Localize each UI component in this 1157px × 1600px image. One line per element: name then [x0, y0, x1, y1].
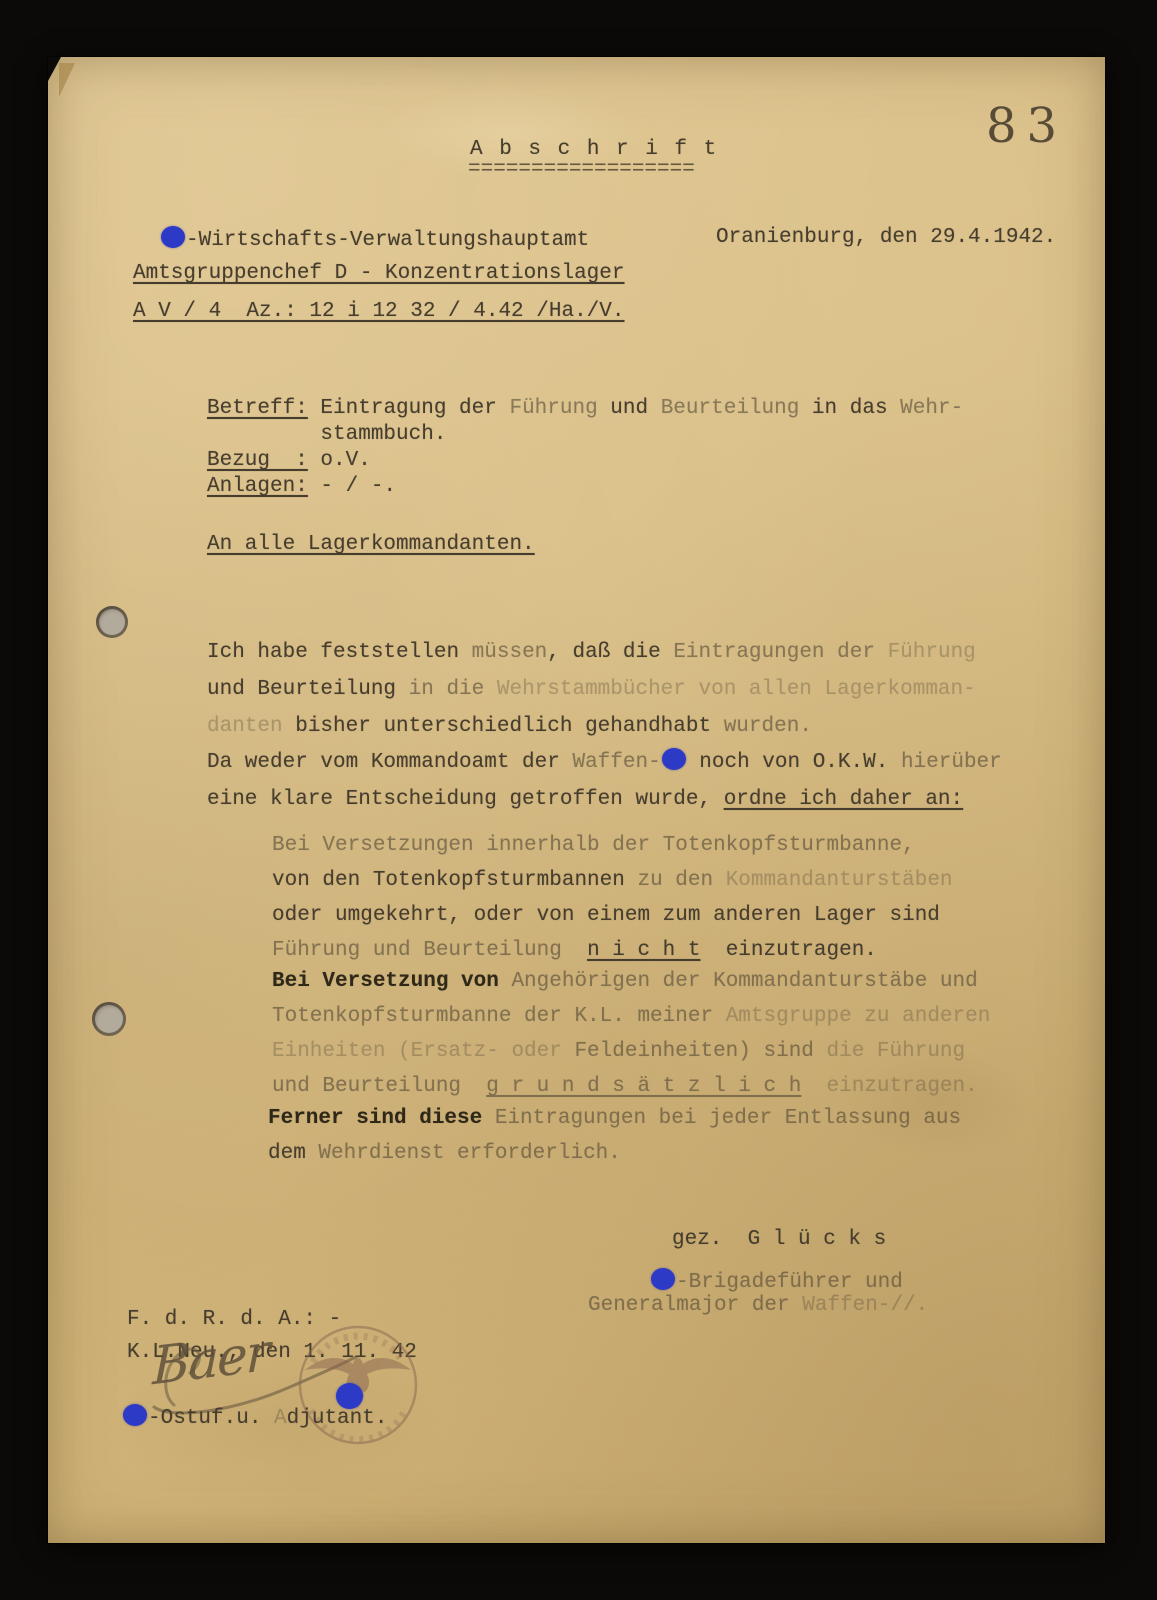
- signature-gez-line: gez. G l ü c k s: [672, 1228, 886, 1251]
- order-item-1: Bei Versetzungen innerhalb der Totenkopf…: [272, 828, 953, 968]
- text-segment: Bezug :: [207, 449, 308, 472]
- text-segment: Da weder vom Kommandoamt der: [207, 751, 572, 774]
- text-segment: erforderlich.: [457, 1142, 621, 1165]
- paper-corner-fold: [59, 63, 75, 97]
- text-segment: und Beurteilung: [272, 1075, 486, 1098]
- text-line: Führung und Beurteilung n i c h t einzut…: [272, 933, 953, 968]
- text-segment: noch von O.K.W.: [687, 751, 901, 774]
- text-segment: Führung und Beurteilung: [272, 939, 587, 962]
- text-segment: -Ostuf.u.: [148, 1407, 274, 1430]
- text-segment: von den Totenkopfsturmbannen: [272, 869, 637, 892]
- text-segment: einzutragen.: [801, 1075, 977, 1098]
- text-segment: Wehrstammbücher von allen Lagerkomman-: [497, 678, 976, 701]
- text-line: Generalmajor der Waffen-//.: [588, 1294, 928, 1317]
- text-line: dem Wehrdienst erforderlich.: [268, 1136, 961, 1171]
- text-line: oder umgekehrt, oder von einem zum ander…: [272, 898, 953, 933]
- letterhead-dept: Amtsgruppenchef D - Konzentrationslager: [133, 262, 624, 285]
- text-segment: Amtsgruppe zu anderen: [726, 1005, 991, 1028]
- text-segment: bisher unterschiedlich gehandhabt: [283, 715, 724, 738]
- text-segment: Bei Versetzungen innerhalb der: [272, 834, 663, 857]
- text-line: Bezug : o.V.: [207, 448, 963, 474]
- text-line: und Beurteilung in die Wehrstammbücher v…: [207, 671, 976, 708]
- redaction-dot: [123, 1404, 147, 1426]
- text-segment: djutant.: [287, 1407, 388, 1430]
- text-segment: danten: [207, 715, 283, 738]
- text-segment: die Führung: [827, 1040, 966, 1063]
- letterhead-ref: A V / 4 Az.: 12 i 12 32 / 4.42 /Ha./V.: [133, 300, 624, 323]
- text-segment: Totenkopfsturmbanne,: [663, 834, 915, 857]
- text-segment: Führung: [509, 397, 597, 420]
- text-segment: hierüber: [901, 751, 1002, 774]
- text-segment: in das: [799, 397, 900, 420]
- text-segment: Generalmajor der: [588, 1294, 802, 1317]
- text-segment: A: [274, 1407, 287, 1430]
- text-line: Ferner sind diese Eintragungen bei jeder…: [268, 1101, 961, 1136]
- text-segment: wurden.: [724, 715, 812, 738]
- text-segment: Eintragung der: [308, 397, 510, 420]
- text-line: Einheiten (Ersatz- oder Feldeinheiten) s…: [272, 1034, 990, 1069]
- text-segment: zu den: [637, 869, 725, 892]
- text-line: Anlagen: - / -.: [207, 474, 963, 500]
- text-segment: ordne ich daher an:: [724, 788, 963, 811]
- text-line: Bei Versetzungen innerhalb der Totenkopf…: [272, 828, 953, 863]
- text-segment: müssen: [472, 641, 548, 664]
- text-segment: Betreff:: [207, 397, 308, 420]
- text-segment: Totenkopfsturmbanne der K.L. meiner: [272, 1005, 726, 1028]
- text-segment: Eintragungen: [673, 641, 824, 664]
- text-segment: o.V.: [308, 449, 371, 472]
- text-line: eine klare Entscheidung getroffen wurde,…: [207, 781, 1002, 818]
- text-segment: Ich habe feststellen: [207, 641, 472, 664]
- text-segment: Einheiten (Ersatz- oder: [272, 1040, 574, 1063]
- text-segment: Beurteilung: [661, 397, 800, 420]
- text-segment: eine klare Entscheidung getroffen wurde,: [207, 788, 724, 811]
- text-line: -Ostuf.u. Adjutant.: [122, 1404, 387, 1430]
- text-segment: Feldeinheiten) sind: [574, 1040, 826, 1063]
- text-line: und Beurteilung g r u n d s ä t z l i c …: [272, 1069, 990, 1104]
- signature-rank-line-2: Generalmajor der Waffen-//.: [588, 1294, 928, 1317]
- redaction-dot: [662, 748, 686, 770]
- text-line: -Brigadeführer und: [650, 1268, 903, 1294]
- letterhead-org: -Wirtschafts-Verwaltungshauptamt: [160, 226, 589, 252]
- text-line: Bei Versetzung von Angehörigen der Komma…: [272, 964, 990, 999]
- text-line: danten bisher unterschiedlich gehandhabt…: [207, 708, 976, 745]
- punch-hole-bottom: [92, 1002, 126, 1036]
- text-line: Ich habe feststellen müssen, daß die Ein…: [207, 634, 976, 671]
- text-segment: einzutragen.: [700, 939, 876, 962]
- redaction-dot: [161, 226, 185, 248]
- redaction-dot: [651, 1268, 675, 1290]
- text-line: stammbuch.: [207, 422, 963, 448]
- text-line: -Wirtschafts-Verwaltungshauptamt: [160, 226, 589, 252]
- signature-rank-line-1: -Brigadeführer und: [650, 1268, 903, 1294]
- text-segment: Ferner sind diese: [268, 1107, 495, 1130]
- text-segment: Wehr-: [900, 397, 963, 420]
- order-item-2: Bei Versetzung von Angehörigen der Komma…: [272, 964, 990, 1104]
- punch-hole-top: [96, 606, 128, 638]
- text-segment: Bei Versetzung von: [272, 970, 511, 993]
- paragraph-closing: Ferner sind diese Eintragungen bei jeder…: [268, 1101, 961, 1171]
- text-segment: n i c h t: [587, 939, 700, 962]
- text-segment: Waffen-//.: [802, 1294, 928, 1317]
- paragraph-order: Da weder vom Kommandoamt der Waffen- noc…: [207, 744, 1002, 818]
- text-line: Betreff: Eintragung der Führung und Beur…: [207, 396, 963, 422]
- text-segment: Waffen-: [572, 751, 660, 774]
- text-segment: Führung: [888, 641, 976, 664]
- text-segment: g r u n d s ä t z l i c h: [486, 1075, 801, 1098]
- place-date: Oranienburg, den 29.4.1942.: [716, 226, 1056, 249]
- text-segment: - / -.: [308, 475, 396, 498]
- text-segment: Eintragungen bei jeder: [495, 1107, 785, 1130]
- text-segment: und Beurteilung: [207, 678, 409, 701]
- text-segment: Angehörigen der Kommandanturstäbe und: [511, 970, 977, 993]
- page-number: 83: [986, 98, 1067, 154]
- text-segment: dem: [268, 1142, 318, 1165]
- text-segment: in die: [409, 678, 497, 701]
- text-segment: -Brigadeführer und: [676, 1271, 903, 1294]
- text-segment: Anlagen:: [207, 475, 308, 498]
- salutation: An alle Lagerkommandanten.: [207, 533, 535, 556]
- text-segment: Kommandanturstäben: [726, 869, 953, 892]
- paragraph-intro: Ich habe feststellen müssen, daß die Ein…: [207, 634, 976, 745]
- text-segment: oder umgekehrt, oder von einem zum ander…: [272, 904, 940, 927]
- text-line: Totenkopfsturmbanne der K.L. meiner Amts…: [272, 999, 990, 1034]
- text-segment: und: [598, 397, 661, 420]
- text-line: von den Totenkopfsturmbannen zu den Komm…: [272, 863, 953, 898]
- text-line: Da weder vom Kommandoamt der Waffen- noc…: [207, 744, 1002, 781]
- scanned-document-photo: { "document": { "page_number": "83", "co…: [0, 0, 1157, 1600]
- text-segment: , daß die: [547, 641, 673, 664]
- text-segment: stammbuch.: [207, 423, 446, 446]
- text-segment: der: [825, 641, 888, 664]
- text-segment: Entlassung aus: [785, 1107, 961, 1130]
- text-segment: -Wirtschafts-Verwaltungshauptamt: [186, 229, 589, 252]
- footer-rank-line: -Ostuf.u. Adjutant.: [122, 1404, 387, 1430]
- paper-corner-cut: [48, 57, 61, 81]
- subject-block: Betreff: Eintragung der Führung und Beur…: [207, 396, 963, 500]
- copy-label-underline: ==================: [468, 158, 695, 181]
- text-segment: Wehrdienst: [318, 1142, 457, 1165]
